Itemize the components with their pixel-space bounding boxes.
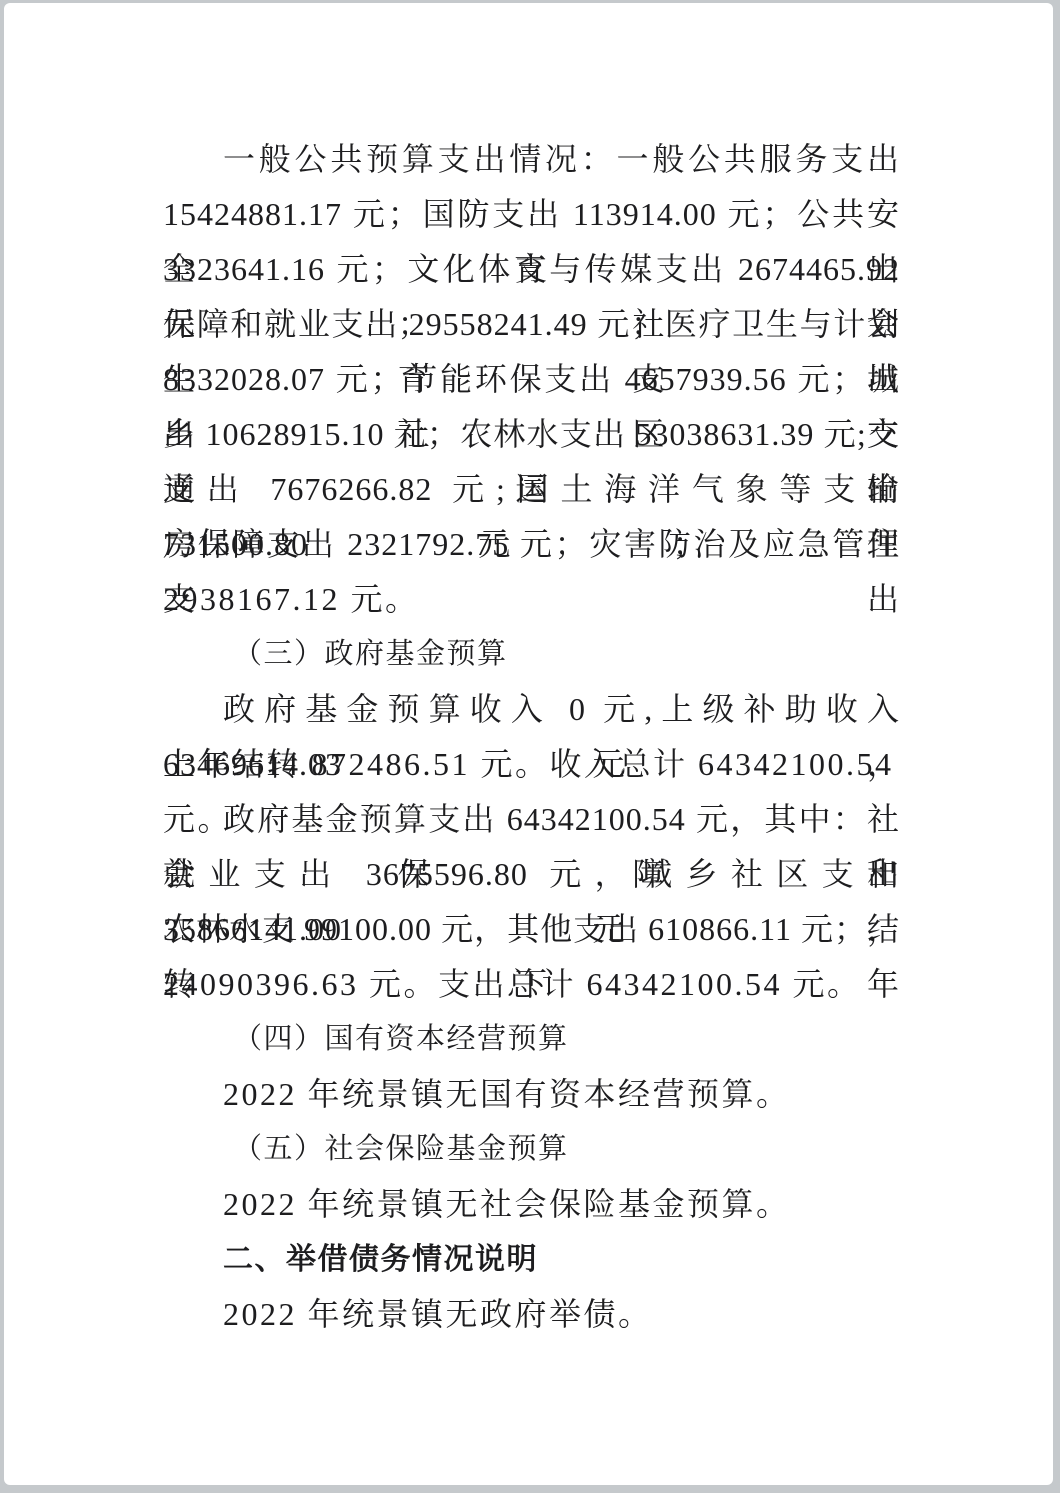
paragraph-line: 就业支出 3675596.80 元，城乡社区支出 35866141.00 元， [163, 847, 900, 902]
paragraph-line: 保障和就业支出 29558241.49 元；医疗卫生与计划生育支出 [163, 297, 900, 352]
paragraph-line: 15424881.17 元；国防支出 113914.00 元；公共安全支出 [163, 187, 900, 242]
subsection-heading-five: （五）社会保险基金预算 [163, 1122, 900, 1177]
paragraph-line: 24090396.63 元。支出总计 64342100.54 元。 [163, 957, 900, 1012]
screenshot-frame: { "page": { "frame_color": "#c5c9cc", "p… [0, 0, 1060, 1493]
paragraph-line: 8332028.07 元；节能环保支出 4657939.56 元；城乡社区支 [163, 352, 900, 407]
paragraph-line: 支出 7676266.82 元;国土海洋气象等支出 731500.80 元；住 [163, 462, 900, 517]
paragraph-line: 2022 年统景镇无政府举债。 [163, 1287, 900, 1342]
document-page: 一般公共预算支出情况：一般公共服务支出 15424881.17 元；国防支出 1… [4, 3, 1053, 1485]
paragraph-line: 上年结转 872486.51 元。收入总计 64342100.54 元。 [163, 737, 900, 792]
paragraph-line: 2022 年统景镇无国有资本经营预算。 [163, 1067, 900, 1122]
subsection-heading-four: （四）国有资本经营预算 [163, 1012, 900, 1067]
paragraph-line: 一般公共预算支出情况：一般公共服务支出 [163, 132, 900, 187]
paragraph-line: 政府基金预算支出 64342100.54 元，其中：社会保障和 [163, 792, 900, 847]
paragraph-line: 出 10628915.10 元；农林水支出 53038631.39 元;交通运输 [163, 407, 900, 462]
paragraph-line: 房保障支出 2321792.75 元；灾害防治及应急管理支出 [163, 517, 900, 572]
paragraph-line: 3323641.16 元；文化体育与传媒支出 2674465.92 元；社会 [163, 242, 900, 297]
paragraph-line: 2022 年统景镇无社会保险基金预算。 [163, 1177, 900, 1232]
paragraph-line: 农林水支 99100.00 元，其他支出 610866.11 元；结转下年 [163, 902, 900, 957]
paragraph-line: 政府基金预算收入 0 元,上级补助收入 63469614.03 元， [163, 682, 900, 737]
subsection-heading-three: （三）政府基金预算 [163, 627, 900, 682]
document-content: 一般公共预算支出情况：一般公共服务支出 15424881.17 元；国防支出 1… [163, 132, 900, 1342]
section-heading-debt: 二、举借债务情况说明 [163, 1232, 900, 1287]
